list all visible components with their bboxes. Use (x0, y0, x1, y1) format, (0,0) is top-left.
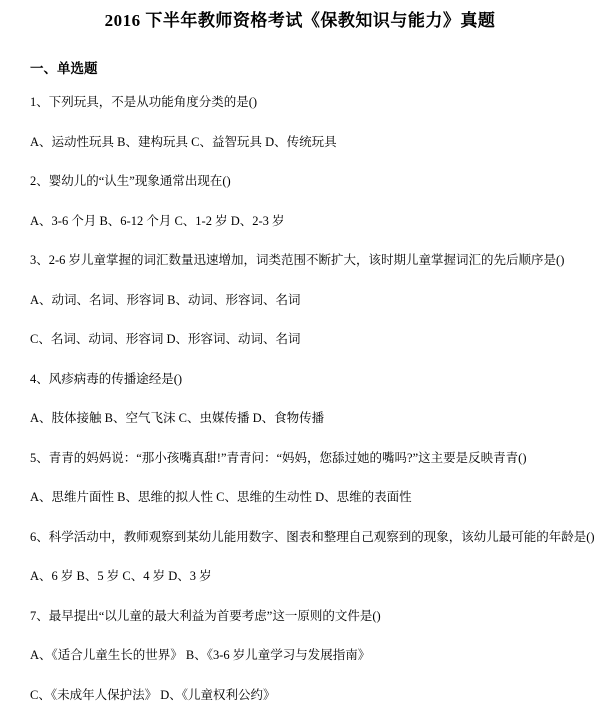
question-3-text: 3、2-6 岁儿童掌握的词汇数量迅速增加，词类范围不断扩大，该时期儿童掌握词汇的… (30, 253, 592, 267)
question-7-options-cd: C、《未成年人保护法》 D、《儿童权利公约》 (30, 688, 592, 702)
question-3-options-ab: A、动词、名词、形容词 B、动词、形容词、名词 (30, 293, 592, 307)
question-6-options: A、6 岁 B、5 岁 C、4 岁 D、3 岁 (30, 569, 592, 583)
question-list: 1、下列玩具，不是从功能角度分类的是() A、运动性玩具 B、建构玩具 C、益智… (30, 95, 592, 702)
question-1-options: A、运动性玩具 B、建构玩具 C、益智玩具 D、传统玩具 (30, 135, 592, 149)
exam-document-page: 2016 下半年教师资格考试《保教知识与能力》真题 一、单选题 1、下列玩具，不… (0, 0, 600, 716)
page-title: 2016 下半年教师资格考试《保教知识与能力》真题 (0, 0, 600, 31)
question-7-text: 7、最早提出“以儿童的最大利益为首要考虑”这一原则的文件是() (30, 609, 592, 623)
question-4-options: A、肢体接触 B、空气飞沫 C、虫媒传播 D、食物传播 (30, 411, 592, 425)
question-5-text: 5、青青的妈妈说：“那小孩嘴真甜!”青青问：“妈妈，您舔过她的嘴吗?”这主要是反… (30, 451, 592, 465)
question-3-options-cd: C、名词、动词、形容词 D、形容词、动词、名词 (30, 332, 592, 346)
question-2-text: 2、婴幼儿的“认生”现象通常出现在() (30, 174, 592, 188)
question-1-text: 1、下列玩具，不是从功能角度分类的是() (30, 95, 592, 109)
question-7-options-ab: A、《适合儿童生长的世界》 B、《3-6 岁儿童学习与发展指南》 (30, 648, 592, 662)
question-2-options: A、3-6 个月 B、6-12 个月 C、1-2 岁 D、2-3 岁 (30, 214, 592, 228)
question-4-text: 4、风疹病毒的传播途经是() (30, 372, 592, 386)
question-6-text: 6、科学活动中，教师观察到某幼儿能用数字、图表和整理自己观察到的现象，该幼儿最可… (30, 530, 592, 544)
section-heading: 一、单选题 (30, 61, 600, 77)
question-5-options: A、思维片面性 B、思维的拟人性 C、思维的生动性 D、思维的表面性 (30, 490, 592, 504)
